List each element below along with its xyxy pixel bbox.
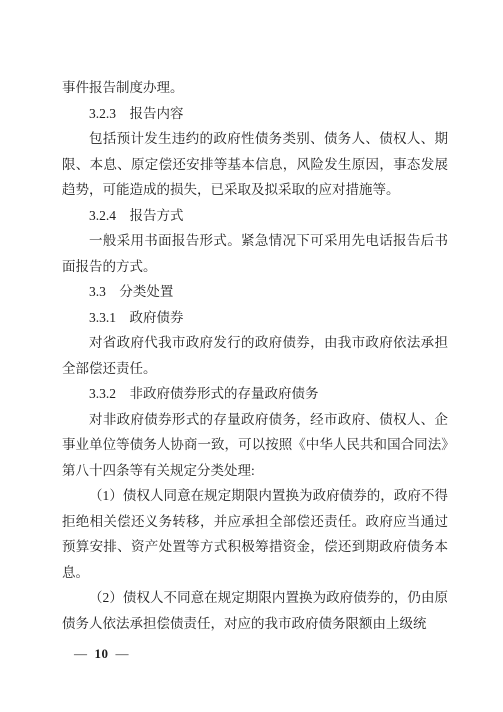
- heading-3-3-1: 3.3.1 政府债券: [62, 305, 448, 331]
- paragraph-report-content: 包括预计发生违约的政府性债务类别、债务人、债权人、期限、本息、原定偿还安排等基本…: [62, 126, 448, 203]
- paragraph-continuation: 事件报告制度办理。: [62, 75, 448, 101]
- paragraph-report-method: 一般采用书面报告形式。紧急情况下可采用先电话报告后书面报告的方式。: [62, 228, 448, 279]
- document-page: 事件报告制度办理。 3.2.3 报告内容 包括预计发生违约的政府性债务类别、债务…: [0, 0, 503, 712]
- heading-3-2-4: 3.2.4 报告方式: [62, 203, 448, 229]
- page-number: 10: [95, 646, 109, 661]
- paragraph-non-bond-debt: 对非政府债券形式的存量政府债务，经市政府、债权人、企事业单位等债务人协商一致，可…: [62, 407, 448, 484]
- page-footer: —10—: [74, 641, 448, 667]
- paragraph-item-1: （1）债权人同意在规定期限内置换为政府债券的，政府不得拒绝相关偿还义务转移，并应…: [62, 483, 448, 585]
- heading-3-3-2: 3.3.2 非政府债券形式的存量政府债务: [62, 381, 448, 407]
- heading-3-2-3: 3.2.3 报告内容: [62, 101, 448, 127]
- heading-3-3: 3.3 分类处置: [62, 279, 448, 305]
- page-number-dash-left: —: [74, 646, 88, 661]
- page-number-dash-right: —: [116, 646, 130, 661]
- document-body: 事件报告制度办理。 3.2.3 报告内容 包括预计发生违约的政府性债务类别、债务…: [62, 75, 448, 636]
- paragraph-item-2: （2）债权人不同意在规定期限内置换为政府债券的，仍由原债务人依法承担偿债责任，对…: [62, 585, 448, 636]
- paragraph-government-bonds: 对省政府代我市政府发行的政府债券，由我市政府依法承担全部偿还责任。: [62, 330, 448, 381]
